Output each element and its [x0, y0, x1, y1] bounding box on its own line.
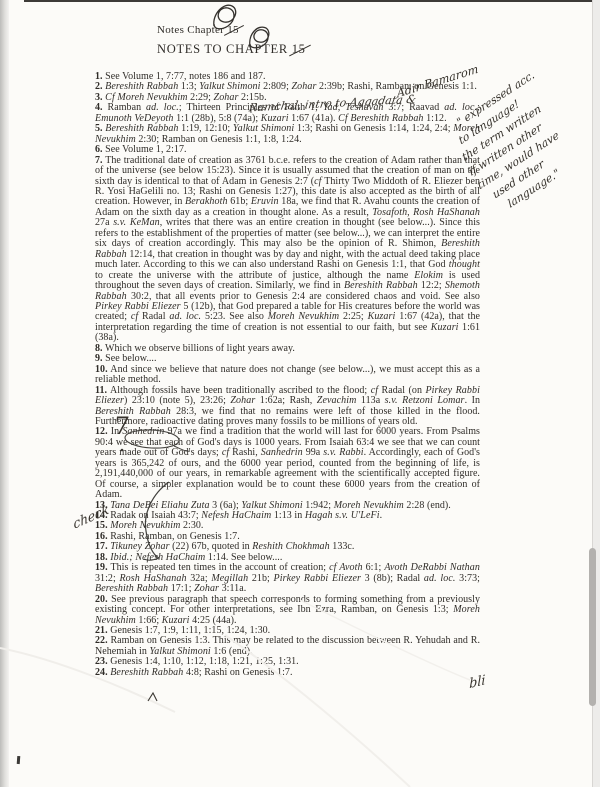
scan-left-edge-shadow	[0, 0, 9, 787]
running-head-text: Notes Chapter	[157, 24, 224, 36]
note-item: 11. Although fossils have been tradition…	[95, 386, 480, 428]
running-head: Notes Chapter 15	[157, 24, 306, 36]
note-item: 22. Ramban on Genesis 1:3. This may be r…	[95, 636, 480, 657]
note-item: 20. See previous paragraph that speech c…	[95, 595, 480, 626]
page-header: Notes Chapter 15 NOTES TO CHAPTER 15	[157, 24, 306, 57]
note-item: 10. And since we believe that nature doe…	[95, 365, 480, 386]
note-item: 7. The traditional date of creation as 3…	[95, 156, 480, 344]
running-head-chapter-number-struck: 15	[227, 24, 239, 36]
note-item: 12. In Sanhedrin 97a we find a tradition…	[95, 427, 480, 500]
note-item: 5. Bereshith Rabbah 1:19, 12:10; Yalkut …	[95, 124, 480, 145]
scan-top-edge	[24, 0, 600, 2]
caret-mark-icon	[148, 693, 157, 701]
page-title-text: NOTES TO CHAPTER	[157, 42, 288, 56]
note-item: 19. This is repeated ten times in the ac…	[95, 563, 480, 594]
title-chapter-number-struck: 15	[292, 42, 306, 57]
ink-speck	[17, 756, 21, 764]
margin-numeral-mark: 7	[113, 412, 131, 440]
scanned-document-page: Notes Chapter 15 NOTES TO CHAPTER 15 1. …	[0, 0, 600, 787]
note-item: 24. Bereshith Rabbah 4:8; Rashi on Genes…	[95, 668, 480, 678]
notes-list: 1. See Volume 1, 7:77, notes 186 and 187…	[95, 72, 480, 678]
note22-insertion-mark: bli	[469, 673, 485, 692]
scrollbar-thumb[interactable]	[589, 548, 596, 706]
page-title: NOTES TO CHAPTER 15	[157, 42, 306, 57]
